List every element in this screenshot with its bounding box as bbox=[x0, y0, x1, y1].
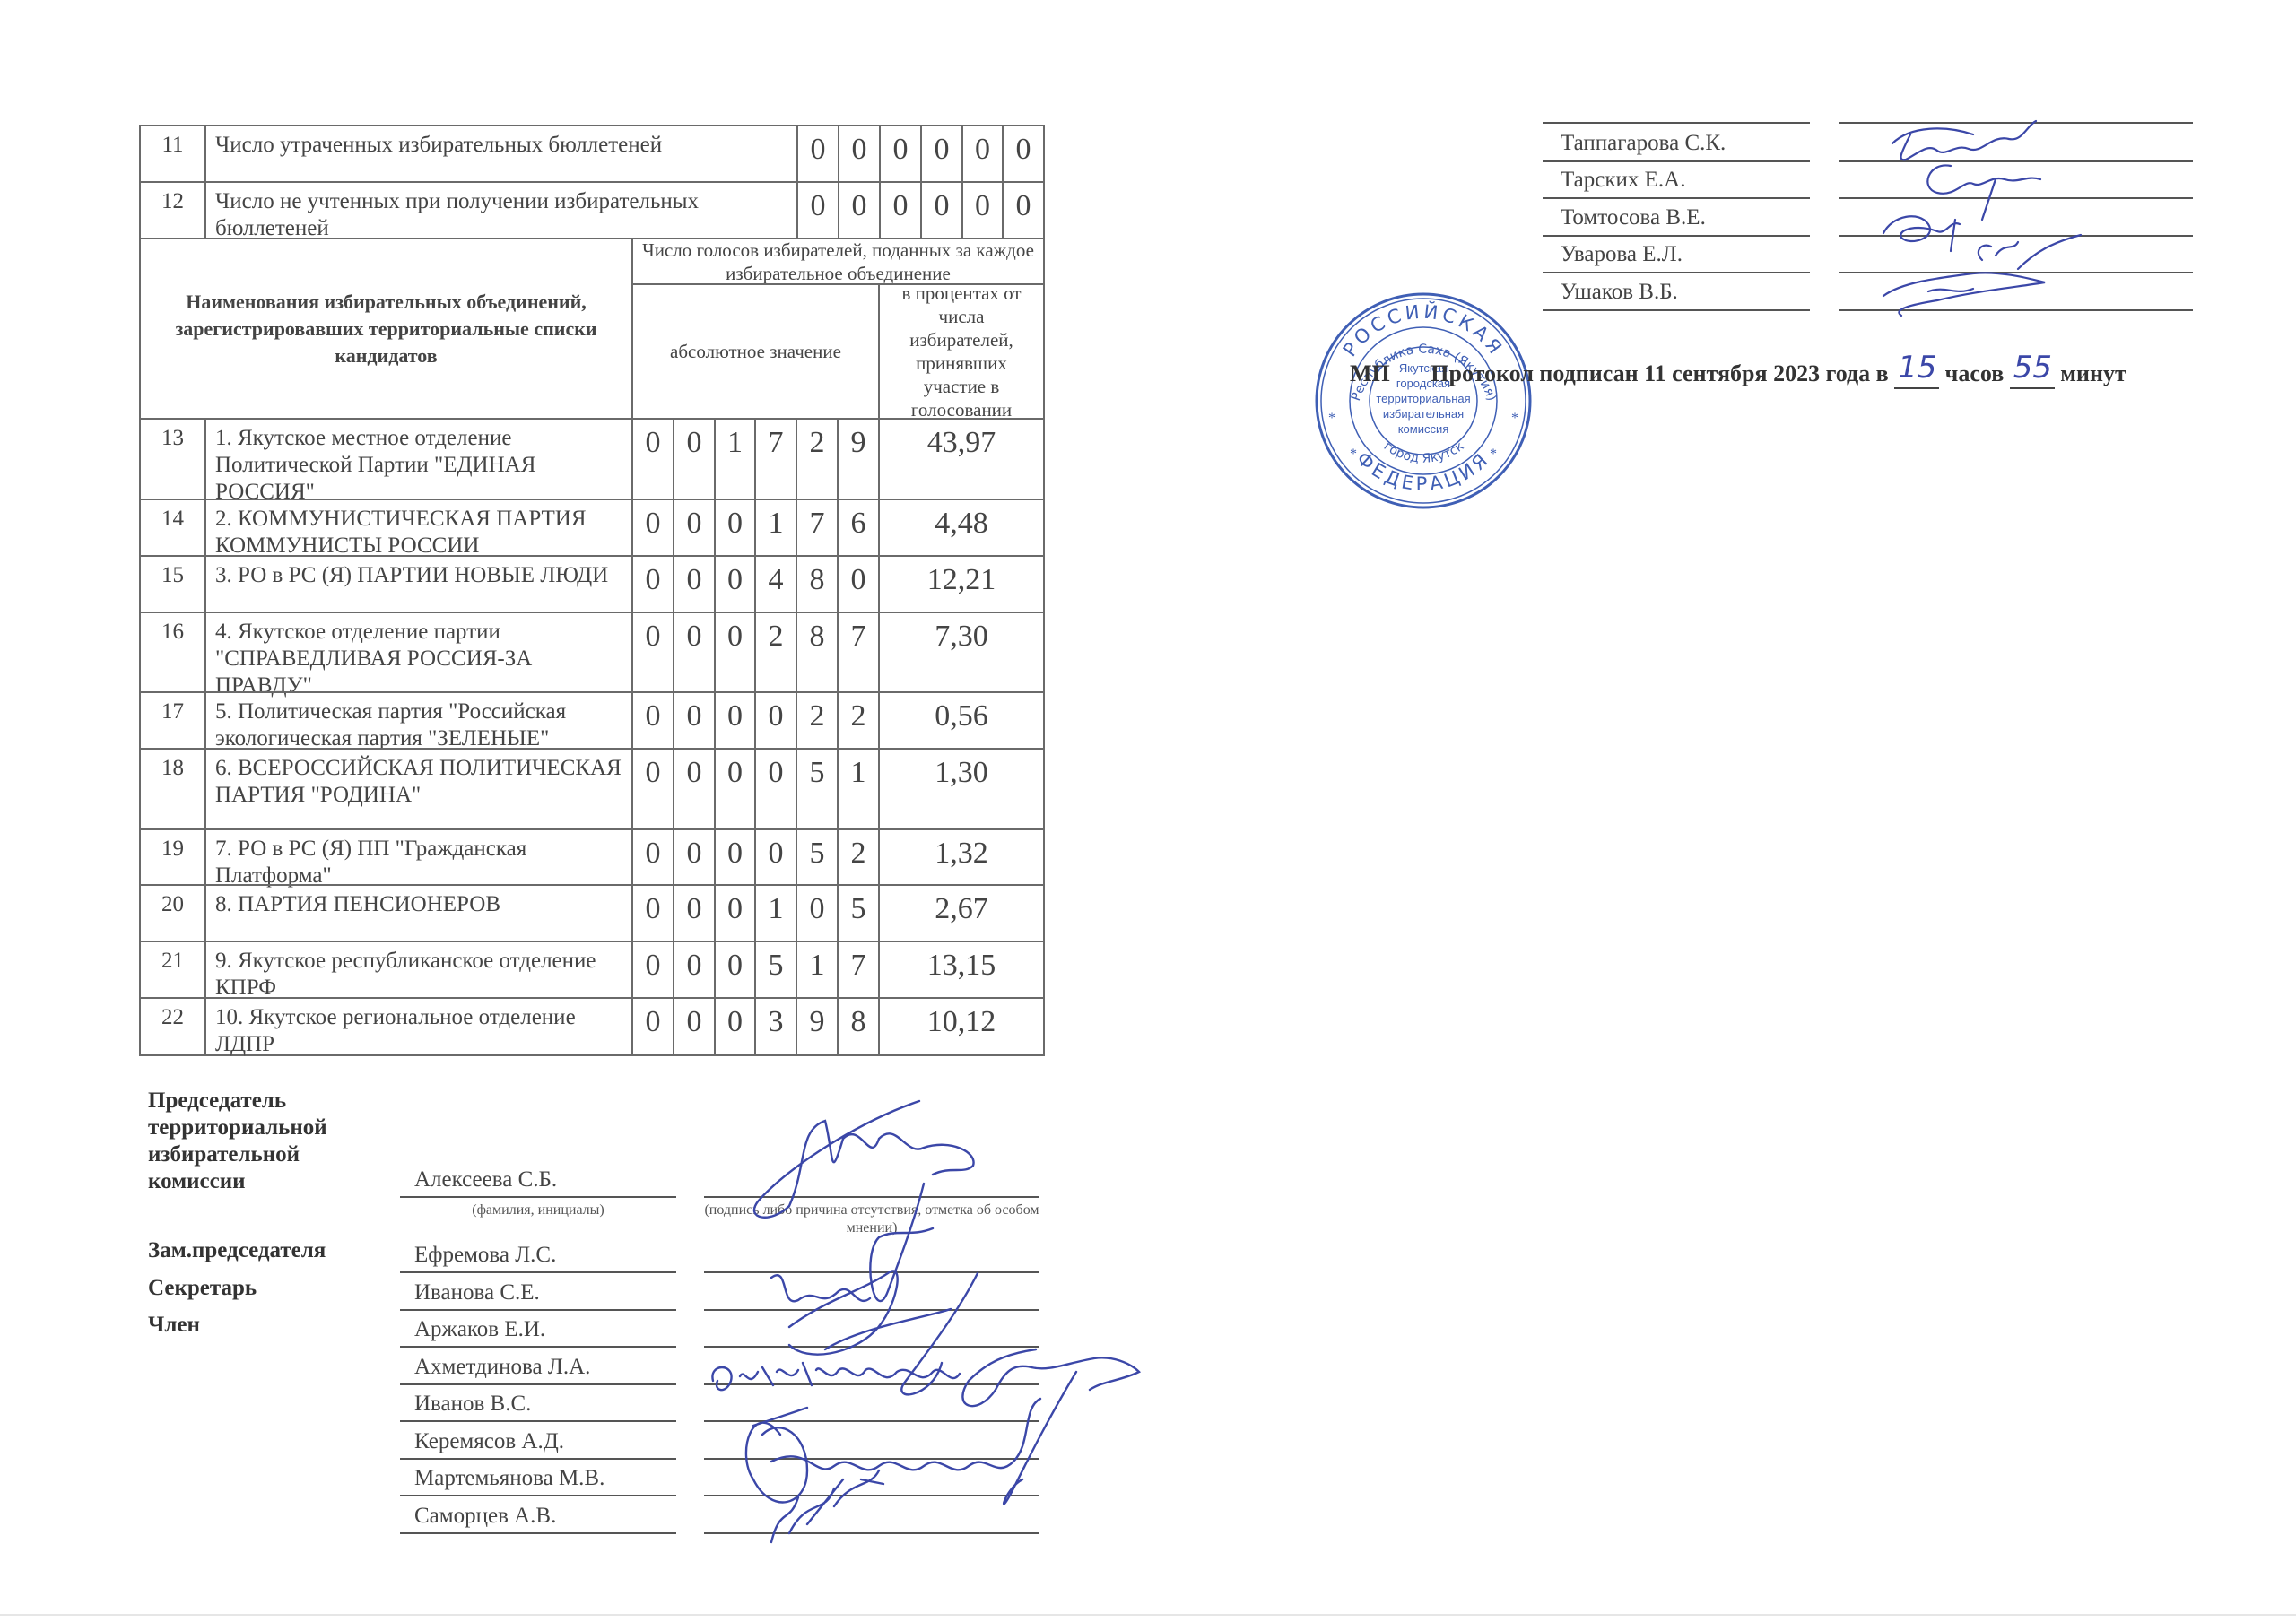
member-name: Мартемьянова М.В. bbox=[414, 1466, 604, 1491]
vote-digit-cell: 0 bbox=[673, 941, 716, 999]
party-name: 6. ВСЕРОССИЙСКАЯ ПОЛИТИЧЕСКАЯ ПАРТИЯ "РО… bbox=[204, 748, 633, 830]
vote-digit-cell: 1 bbox=[837, 748, 880, 830]
vote-digit-cell: 0 bbox=[673, 612, 716, 693]
vote-digit-cell: 0 bbox=[631, 941, 674, 999]
vote-digit-cell: 0 bbox=[754, 691, 797, 750]
minutes-label: минут bbox=[2060, 360, 2126, 386]
vote-digit-cell: 0 bbox=[714, 941, 756, 999]
member-name-line bbox=[400, 1309, 676, 1311]
right-name-line bbox=[1543, 272, 1810, 273]
vote-digit-cell: 1 bbox=[796, 941, 839, 999]
right-signature-line bbox=[1839, 309, 2193, 311]
vote-digit-cell: 0 bbox=[714, 691, 756, 750]
svg-text:*: * bbox=[1328, 411, 1335, 426]
vote-digit-cell: 0 bbox=[631, 691, 674, 750]
name-caption: (фамилия, инициалы) bbox=[400, 1201, 676, 1219]
right-member-name: Томтосова В.Е. bbox=[1561, 205, 1706, 230]
digit-cell: 0 bbox=[920, 125, 963, 183]
vote-percent-cell: 43,97 bbox=[878, 418, 1045, 500]
digit-cell: 0 bbox=[1002, 125, 1045, 183]
row-number: 12 bbox=[139, 181, 206, 239]
vote-digit-cell: 0 bbox=[714, 499, 756, 557]
row-number: 13 bbox=[139, 418, 206, 500]
digit-cell: 0 bbox=[796, 125, 839, 183]
vote-digit-cell: 0 bbox=[631, 612, 674, 693]
protocol-signed-line: МП Протокол подписан 11 сентября 2023 го… bbox=[1350, 360, 2126, 389]
row-number: 18 bbox=[139, 748, 206, 830]
svg-text:*: * bbox=[1490, 447, 1497, 462]
vote-percent-cell: 1,30 bbox=[878, 748, 1045, 830]
protocol-signed-text: Протокол подписан 11 сентября 2023 года … bbox=[1431, 360, 1888, 386]
digit-cell: 0 bbox=[961, 181, 1004, 239]
vote-digit-cell: 8 bbox=[796, 612, 839, 693]
party-name: 10. Якутское региональное отделение ЛДПР bbox=[204, 997, 633, 1056]
digit-cell: 0 bbox=[879, 125, 922, 183]
party-name: 5. Политическая партия "Российская эколо… bbox=[204, 691, 633, 750]
member-signature-line bbox=[704, 1383, 1039, 1385]
vote-digit-cell: 2 bbox=[796, 691, 839, 750]
member-signature-line bbox=[704, 1458, 1039, 1460]
vote-digit-cell: 0 bbox=[631, 997, 674, 1056]
vote-digit-cell: 0 bbox=[631, 555, 674, 613]
digit-cell: 0 bbox=[838, 181, 881, 239]
vote-percent-cell: 7,30 bbox=[878, 612, 1045, 693]
vote-digit-cell: 0 bbox=[673, 748, 716, 830]
vote-percent-cell: 2,67 bbox=[878, 884, 1045, 942]
vote-digit-cell: 5 bbox=[796, 748, 839, 830]
hours-value: 15 bbox=[1898, 350, 1936, 386]
member-name-line bbox=[400, 1458, 676, 1460]
member-signature-line bbox=[704, 1309, 1039, 1311]
vote-digit-cell: 0 bbox=[631, 884, 674, 942]
chair-signature-line bbox=[704, 1196, 1039, 1198]
right-name-line bbox=[1543, 309, 1810, 311]
vote-digit-cell: 1 bbox=[754, 499, 797, 557]
vote-digit-cell: 0 bbox=[837, 555, 880, 613]
party-name: 1. Якутское местное отделение Политическ… bbox=[204, 418, 633, 500]
right-name-line bbox=[1543, 160, 1810, 162]
vote-percent-cell: 4,48 bbox=[878, 499, 1045, 557]
svg-text:избирательная: избирательная bbox=[1383, 407, 1464, 421]
vote-percent-cell: 1,32 bbox=[878, 828, 1045, 886]
member-name: Саморцев А.В. bbox=[414, 1504, 556, 1529]
right-name-top-line bbox=[1543, 122, 1810, 124]
svg-text:*: * bbox=[1350, 447, 1357, 462]
vote-digit-cell: 2 bbox=[837, 691, 880, 750]
svg-text:территориальная: территориальная bbox=[1376, 392, 1470, 405]
vote-digit-cell: 0 bbox=[714, 828, 756, 886]
signature-caption: (подпись либо причина отсутствия, отметк… bbox=[704, 1201, 1039, 1237]
chair-name-line bbox=[400, 1196, 676, 1198]
member-name-line bbox=[400, 1271, 676, 1273]
party-name: 9. Якутское республиканское отделение КП… bbox=[204, 941, 633, 999]
vote-digit-cell: 2 bbox=[796, 418, 839, 500]
hours-label: часов bbox=[1945, 360, 2005, 386]
row-label: Число не учтенных при получении избирате… bbox=[204, 181, 798, 239]
right-signature-line bbox=[1839, 197, 2193, 199]
vote-digit-cell: 0 bbox=[673, 499, 716, 557]
party-name: 3. РО в РС (Я) ПАРТИИ НОВЫЕ ЛЮДИ bbox=[204, 555, 633, 613]
member-signature-line bbox=[704, 1271, 1039, 1273]
right-signature-line bbox=[1839, 235, 2193, 237]
row-number: 19 bbox=[139, 828, 206, 886]
chair-name: Алексеева С.Б. bbox=[414, 1167, 557, 1193]
vote-digit-cell: 0 bbox=[673, 418, 716, 500]
vote-percent-cell: 13,15 bbox=[878, 941, 1045, 999]
member-role-label: Секретарь bbox=[148, 1275, 257, 1302]
member-role-label: Член bbox=[148, 1312, 200, 1339]
digit-cell: 0 bbox=[961, 125, 1004, 183]
row-label: Число утраченных избирательных бюллетене… bbox=[204, 125, 798, 183]
right-signature-line bbox=[1839, 272, 2193, 273]
vote-digit-cell: 5 bbox=[837, 884, 880, 942]
party-name-header: Наименования избирательных объединений, … bbox=[139, 238, 633, 420]
member-name: Иванов В.С. bbox=[414, 1392, 531, 1417]
right-signature-line bbox=[1839, 160, 2193, 162]
vote-digit-cell: 0 bbox=[673, 997, 716, 1056]
digit-cell: 0 bbox=[879, 181, 922, 239]
svg-text:комиссия: комиссия bbox=[1398, 422, 1449, 436]
vote-digit-cell: 6 bbox=[837, 499, 880, 557]
right-member-name: Тарских Е.А. bbox=[1561, 168, 1685, 193]
member-name: Ахметдинова Л.А. bbox=[414, 1355, 590, 1380]
absolute-value-header: абсолютное значение bbox=[631, 283, 880, 420]
member-signature-line bbox=[704, 1495, 1039, 1496]
vote-digit-cell: 0 bbox=[631, 418, 674, 500]
member-signature-line bbox=[704, 1420, 1039, 1422]
official-stamp: РОССИЙСКАЯ ФЕДЕРАЦИЯ Республика Саха (Як… bbox=[1314, 291, 1534, 511]
minutes-blank: 55 bbox=[2010, 360, 2055, 389]
vote-digit-cell: 0 bbox=[673, 555, 716, 613]
vote-digit-cell: 1 bbox=[714, 418, 756, 500]
page-bottom-edge bbox=[0, 1614, 2296, 1616]
vote-digit-cell: 7 bbox=[754, 418, 797, 500]
vote-digit-cell: 0 bbox=[714, 612, 756, 693]
member-name-line bbox=[400, 1532, 676, 1534]
vote-digit-cell: 0 bbox=[796, 884, 839, 942]
member-signature-line bbox=[704, 1346, 1039, 1348]
chair-role-label: Председатель территориальной избирательн… bbox=[148, 1088, 363, 1195]
vote-digit-cell: 0 bbox=[714, 748, 756, 830]
party-name: 4. Якутское отделение партии "СПРАВЕДЛИВ… bbox=[204, 612, 633, 693]
row-number: 21 bbox=[139, 941, 206, 999]
vote-percent-cell: 10,12 bbox=[878, 997, 1045, 1056]
member-name-line bbox=[400, 1495, 676, 1496]
vote-digit-cell: 7 bbox=[837, 612, 880, 693]
right-member-name: Уварова Е.Л. bbox=[1561, 242, 1683, 267]
percent-header: в процентах от числа избирателей, приняв… bbox=[878, 283, 1045, 420]
vote-digit-cell: 2 bbox=[837, 828, 880, 886]
right-member-name: Таппагарова С.К. bbox=[1561, 131, 1726, 156]
row-number: 14 bbox=[139, 499, 206, 557]
vote-digit-cell: 2 bbox=[754, 612, 797, 693]
party-name: 8. ПАРТИЯ ПЕНСИОНЕРОВ bbox=[204, 884, 633, 942]
member-name: Аржаков Е.И. bbox=[414, 1317, 545, 1342]
member-signature-line bbox=[704, 1532, 1039, 1534]
vote-digit-cell: 0 bbox=[754, 828, 797, 886]
vote-digit-cell: 9 bbox=[837, 418, 880, 500]
row-number: 16 bbox=[139, 612, 206, 693]
digit-cell: 0 bbox=[796, 181, 839, 239]
member-name-line bbox=[400, 1383, 676, 1385]
vote-digit-cell: 5 bbox=[796, 828, 839, 886]
vote-digit-cell: 0 bbox=[673, 691, 716, 750]
member-name: Иванова С.Е. bbox=[414, 1280, 540, 1305]
digit-cell: 0 bbox=[838, 125, 881, 183]
right-member-name: Ушаков В.Б. bbox=[1561, 280, 1678, 305]
row-number: 17 bbox=[139, 691, 206, 750]
vote-digit-cell: 0 bbox=[631, 499, 674, 557]
svg-text:*: * bbox=[1511, 411, 1518, 426]
vote-digit-cell: 0 bbox=[714, 884, 756, 942]
vote-digit-cell: 7 bbox=[796, 499, 839, 557]
member-role-label: Зам.председателя bbox=[148, 1237, 326, 1264]
vote-digit-cell: 1 bbox=[754, 884, 797, 942]
vote-digit-cell: 0 bbox=[631, 748, 674, 830]
digit-cell: 0 bbox=[920, 181, 963, 239]
member-name: Керемясов А.Д. bbox=[414, 1429, 564, 1454]
vote-percent-cell: 0,56 bbox=[878, 691, 1045, 750]
member-name-line bbox=[400, 1420, 676, 1422]
right-name-line bbox=[1543, 235, 1810, 237]
member-name-line bbox=[400, 1346, 676, 1348]
right-signature-top-line bbox=[1839, 122, 2193, 124]
vote-digit-cell: 7 bbox=[837, 941, 880, 999]
right-name-line bbox=[1543, 197, 1810, 199]
svg-text:город Якутск: город Якутск bbox=[1381, 439, 1467, 466]
hours-blank: 15 bbox=[1894, 360, 1939, 389]
vote-digit-cell: 4 bbox=[754, 555, 797, 613]
vote-digit-cell: 0 bbox=[631, 828, 674, 886]
vote-digit-cell: 8 bbox=[837, 997, 880, 1056]
party-name: 7. РО в РС (Я) ПП "Гражданская Платформа… bbox=[204, 828, 633, 886]
row-number: 15 bbox=[139, 555, 206, 613]
vote-digit-cell: 3 bbox=[754, 997, 797, 1056]
member-name: Ефремова Л.С. bbox=[414, 1243, 556, 1268]
row-number: 20 bbox=[139, 884, 206, 942]
vote-digit-cell: 0 bbox=[673, 828, 716, 886]
vote-digit-cell: 0 bbox=[714, 997, 756, 1056]
vote-digit-cell: 0 bbox=[673, 884, 716, 942]
minutes-value: 55 bbox=[2013, 350, 2052, 386]
row-number: 22 bbox=[139, 997, 206, 1056]
vote-percent-cell: 12,21 bbox=[878, 555, 1045, 613]
vote-digit-cell: 5 bbox=[754, 941, 797, 999]
row-number: 11 bbox=[139, 125, 206, 183]
votes-group-header: Число голосов избирателей, поданных за к… bbox=[631, 238, 1045, 285]
vote-digit-cell: 0 bbox=[754, 748, 797, 830]
party-name: 2. КОММУНИСТИЧЕСКАЯ ПАРТИЯ КОММУНИСТЫ РО… bbox=[204, 499, 633, 557]
digit-cell: 0 bbox=[1002, 181, 1045, 239]
vote-digit-cell: 8 bbox=[796, 555, 839, 613]
vote-digit-cell: 9 bbox=[796, 997, 839, 1056]
mp-label: МП bbox=[1350, 360, 1390, 386]
vote-digit-cell: 0 bbox=[714, 555, 756, 613]
